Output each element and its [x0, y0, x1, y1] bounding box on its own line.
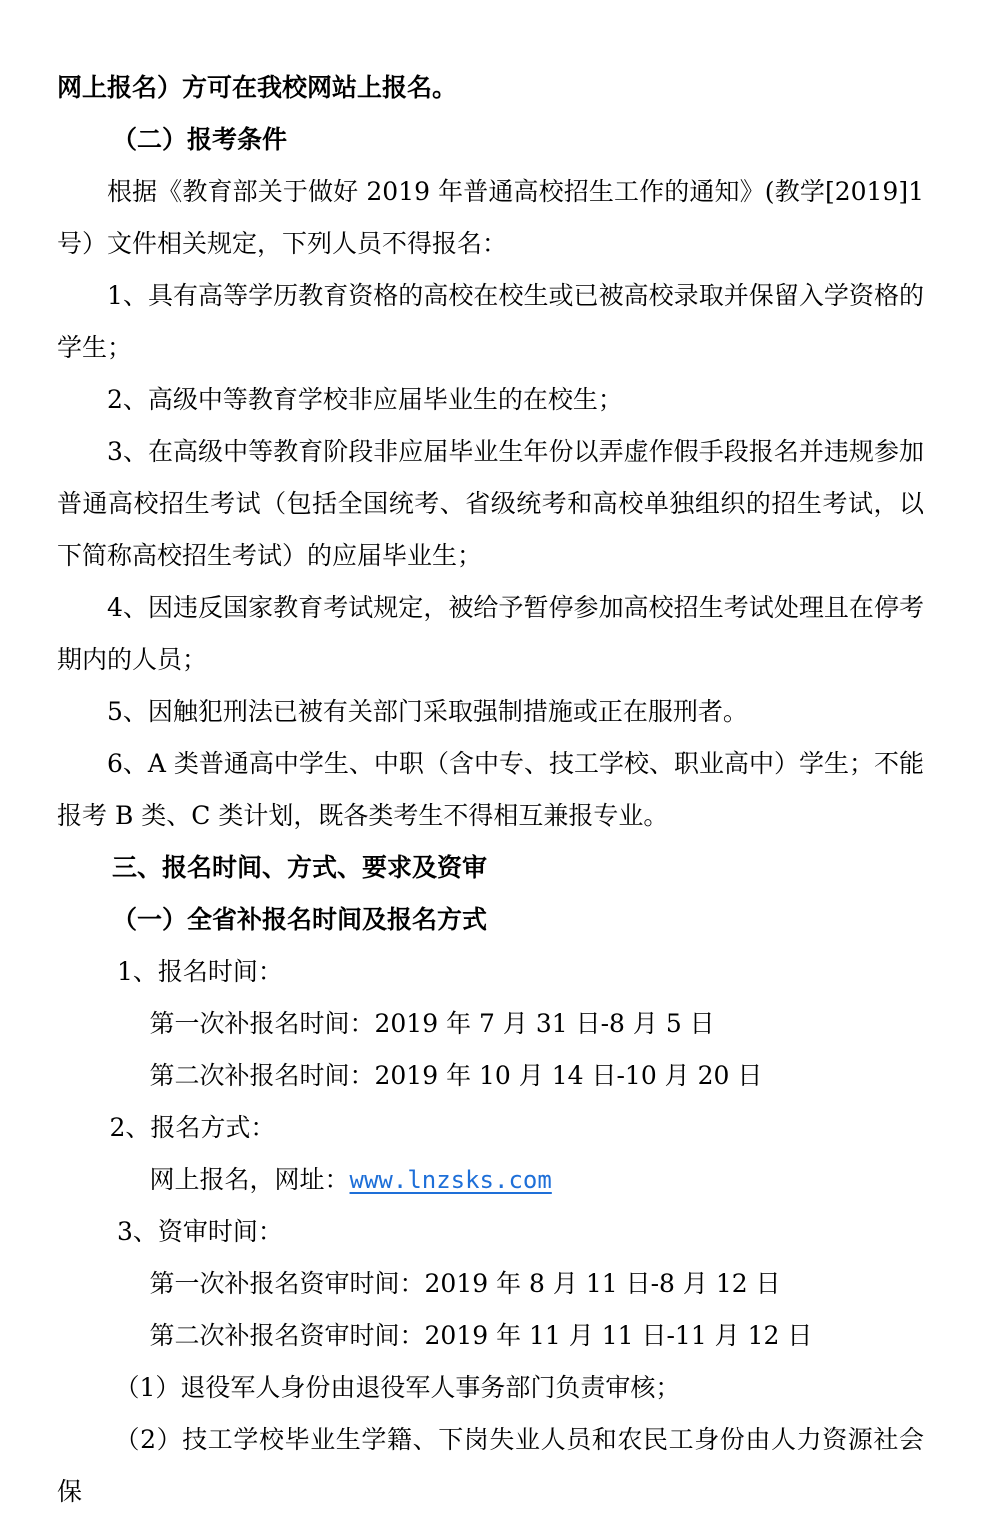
text-run: 5、因触犯刑法已被有关部门采取强制措施或正在服刑者。 — [107, 697, 748, 726]
document-body: 网上报名）方可在我校网站上报名。（二）报考条件根据《教育部关于做好 2019 年… — [57, 62, 924, 1518]
text-run: 三、报名时间、方式、要求及资审 — [112, 853, 487, 882]
text-run: （一）全省补报名时间及报名方式 — [112, 905, 487, 934]
document-page: 网上报名）方可在我校网站上报名。（二）报考条件根据《教育部关于做好 2019 年… — [0, 0, 981, 1536]
continuation-line: 网上报名）方可在我校网站上报名。 — [57, 62, 924, 114]
online-registration-line: 网上报名，网址：www.lnzsks.com — [57, 1154, 924, 1206]
text-run: 1、具有高等学历教育资格的高校在校生或已被高校录取并保留入学资格的学生； — [57, 281, 924, 362]
text-run: 根据《教育部关于做好 2019 年普通高校招生工作的通知》(教学[2019]1 … — [57, 177, 924, 258]
second-review-period: 第二次补报名资审时间：2019 年 11 月 11 日-11 月 12 日 — [57, 1310, 924, 1362]
rule-item-2: 2、高级中等教育学校非应届毕业生的在校生； — [57, 374, 924, 426]
text-run: 4、因违反国家教育考试规定，被给予暂停参加高校招生考试处理且在停考期内的人员； — [57, 593, 924, 674]
review-note-2: （2）技工学校毕业生学籍、下岗失业人员和农民工身份由人力资源社会保 — [57, 1414, 924, 1518]
rule-item-1: 1、具有高等学历教育资格的高校在校生或已被高校录取并保留入学资格的学生； — [57, 270, 924, 374]
first-registration-period: 第一次补报名时间：2019 年 7 月 31 日-8 月 5 日 — [57, 998, 924, 1050]
rule-item-6: 6、A 类普通高中学生、中职（含中专、技工学校、职业高中）学生；不能报考 B 类… — [57, 738, 924, 842]
registration-website-link[interactable]: www.lnzsks.com — [350, 1166, 552, 1194]
text-run: 第二次补报名时间：2019 年 10 月 14 日-10 月 20 日 — [150, 1061, 763, 1090]
text-run: 6、A 类普通高中学生、中职（含中专、技工学校、职业高中）学生；不能报考 B 类… — [57, 749, 924, 830]
text-run: 2、报名方式： — [110, 1113, 276, 1142]
text-run: 第一次补报名资审时间：2019 年 8 月 11 日-8 月 12 日 — [150, 1269, 781, 1298]
rule-item-4: 4、因违反国家教育考试规定，被给予暂停参加高校招生考试处理且在停考期内的人员； — [57, 582, 924, 686]
intro-paragraph: 根据《教育部关于做好 2019 年普通高校招生工作的通知》(教学[2019]1 … — [57, 166, 924, 270]
review-note-1: （1）退役军人身份由退役军人事务部门负责审核； — [57, 1362, 924, 1414]
text-run: （二）报考条件 — [112, 125, 287, 154]
text-run: 3、资审时间： — [117, 1217, 283, 1246]
item-registration-method: 2、报名方式： — [57, 1102, 924, 1154]
text-run: （2）技工学校毕业生学籍、下岗失业人员和农民工身份由人力资源社会保 — [57, 1425, 924, 1506]
heading-section-3-1: （一）全省补报名时间及报名方式 — [57, 894, 924, 946]
item-review-time: 3、资审时间： — [57, 1206, 924, 1258]
first-review-period: 第一次补报名资审时间：2019 年 8 月 11 日-8 月 12 日 — [57, 1258, 924, 1310]
text-run: 第二次补报名资审时间：2019 年 11 月 11 日-11 月 12 日 — [150, 1321, 813, 1350]
heading-section-2-2: （二）报考条件 — [57, 114, 924, 166]
text-run: 3、在高级中等教育阶段非应届毕业生年份以弄虚作假手段报名并违规参加普通高校招生考… — [57, 437, 924, 570]
heading-section-3: 三、报名时间、方式、要求及资审 — [57, 842, 924, 894]
text-run: 第一次补报名时间：2019 年 7 月 31 日-8 月 5 日 — [150, 1009, 715, 1038]
text-run: 1、报名时间： — [117, 957, 283, 986]
text-run: 网上报名）方可在我校网站上报名。 — [57, 73, 457, 102]
item-registration-time: 1、报名时间： — [57, 946, 924, 998]
text-run: 2、高级中等教育学校非应届毕业生的在校生； — [107, 385, 623, 414]
rule-item-3: 3、在高级中等教育阶段非应届毕业生年份以弄虚作假手段报名并违规参加普通高校招生考… — [57, 426, 924, 582]
text-run: 网上报名，网址： — [150, 1165, 350, 1194]
second-registration-period: 第二次补报名时间：2019 年 10 月 14 日-10 月 20 日 — [57, 1050, 924, 1102]
text-run: （1）退役军人身份由退役军人事务部门负责审核； — [115, 1373, 681, 1402]
rule-item-5: 5、因触犯刑法已被有关部门采取强制措施或正在服刑者。 — [57, 686, 924, 738]
